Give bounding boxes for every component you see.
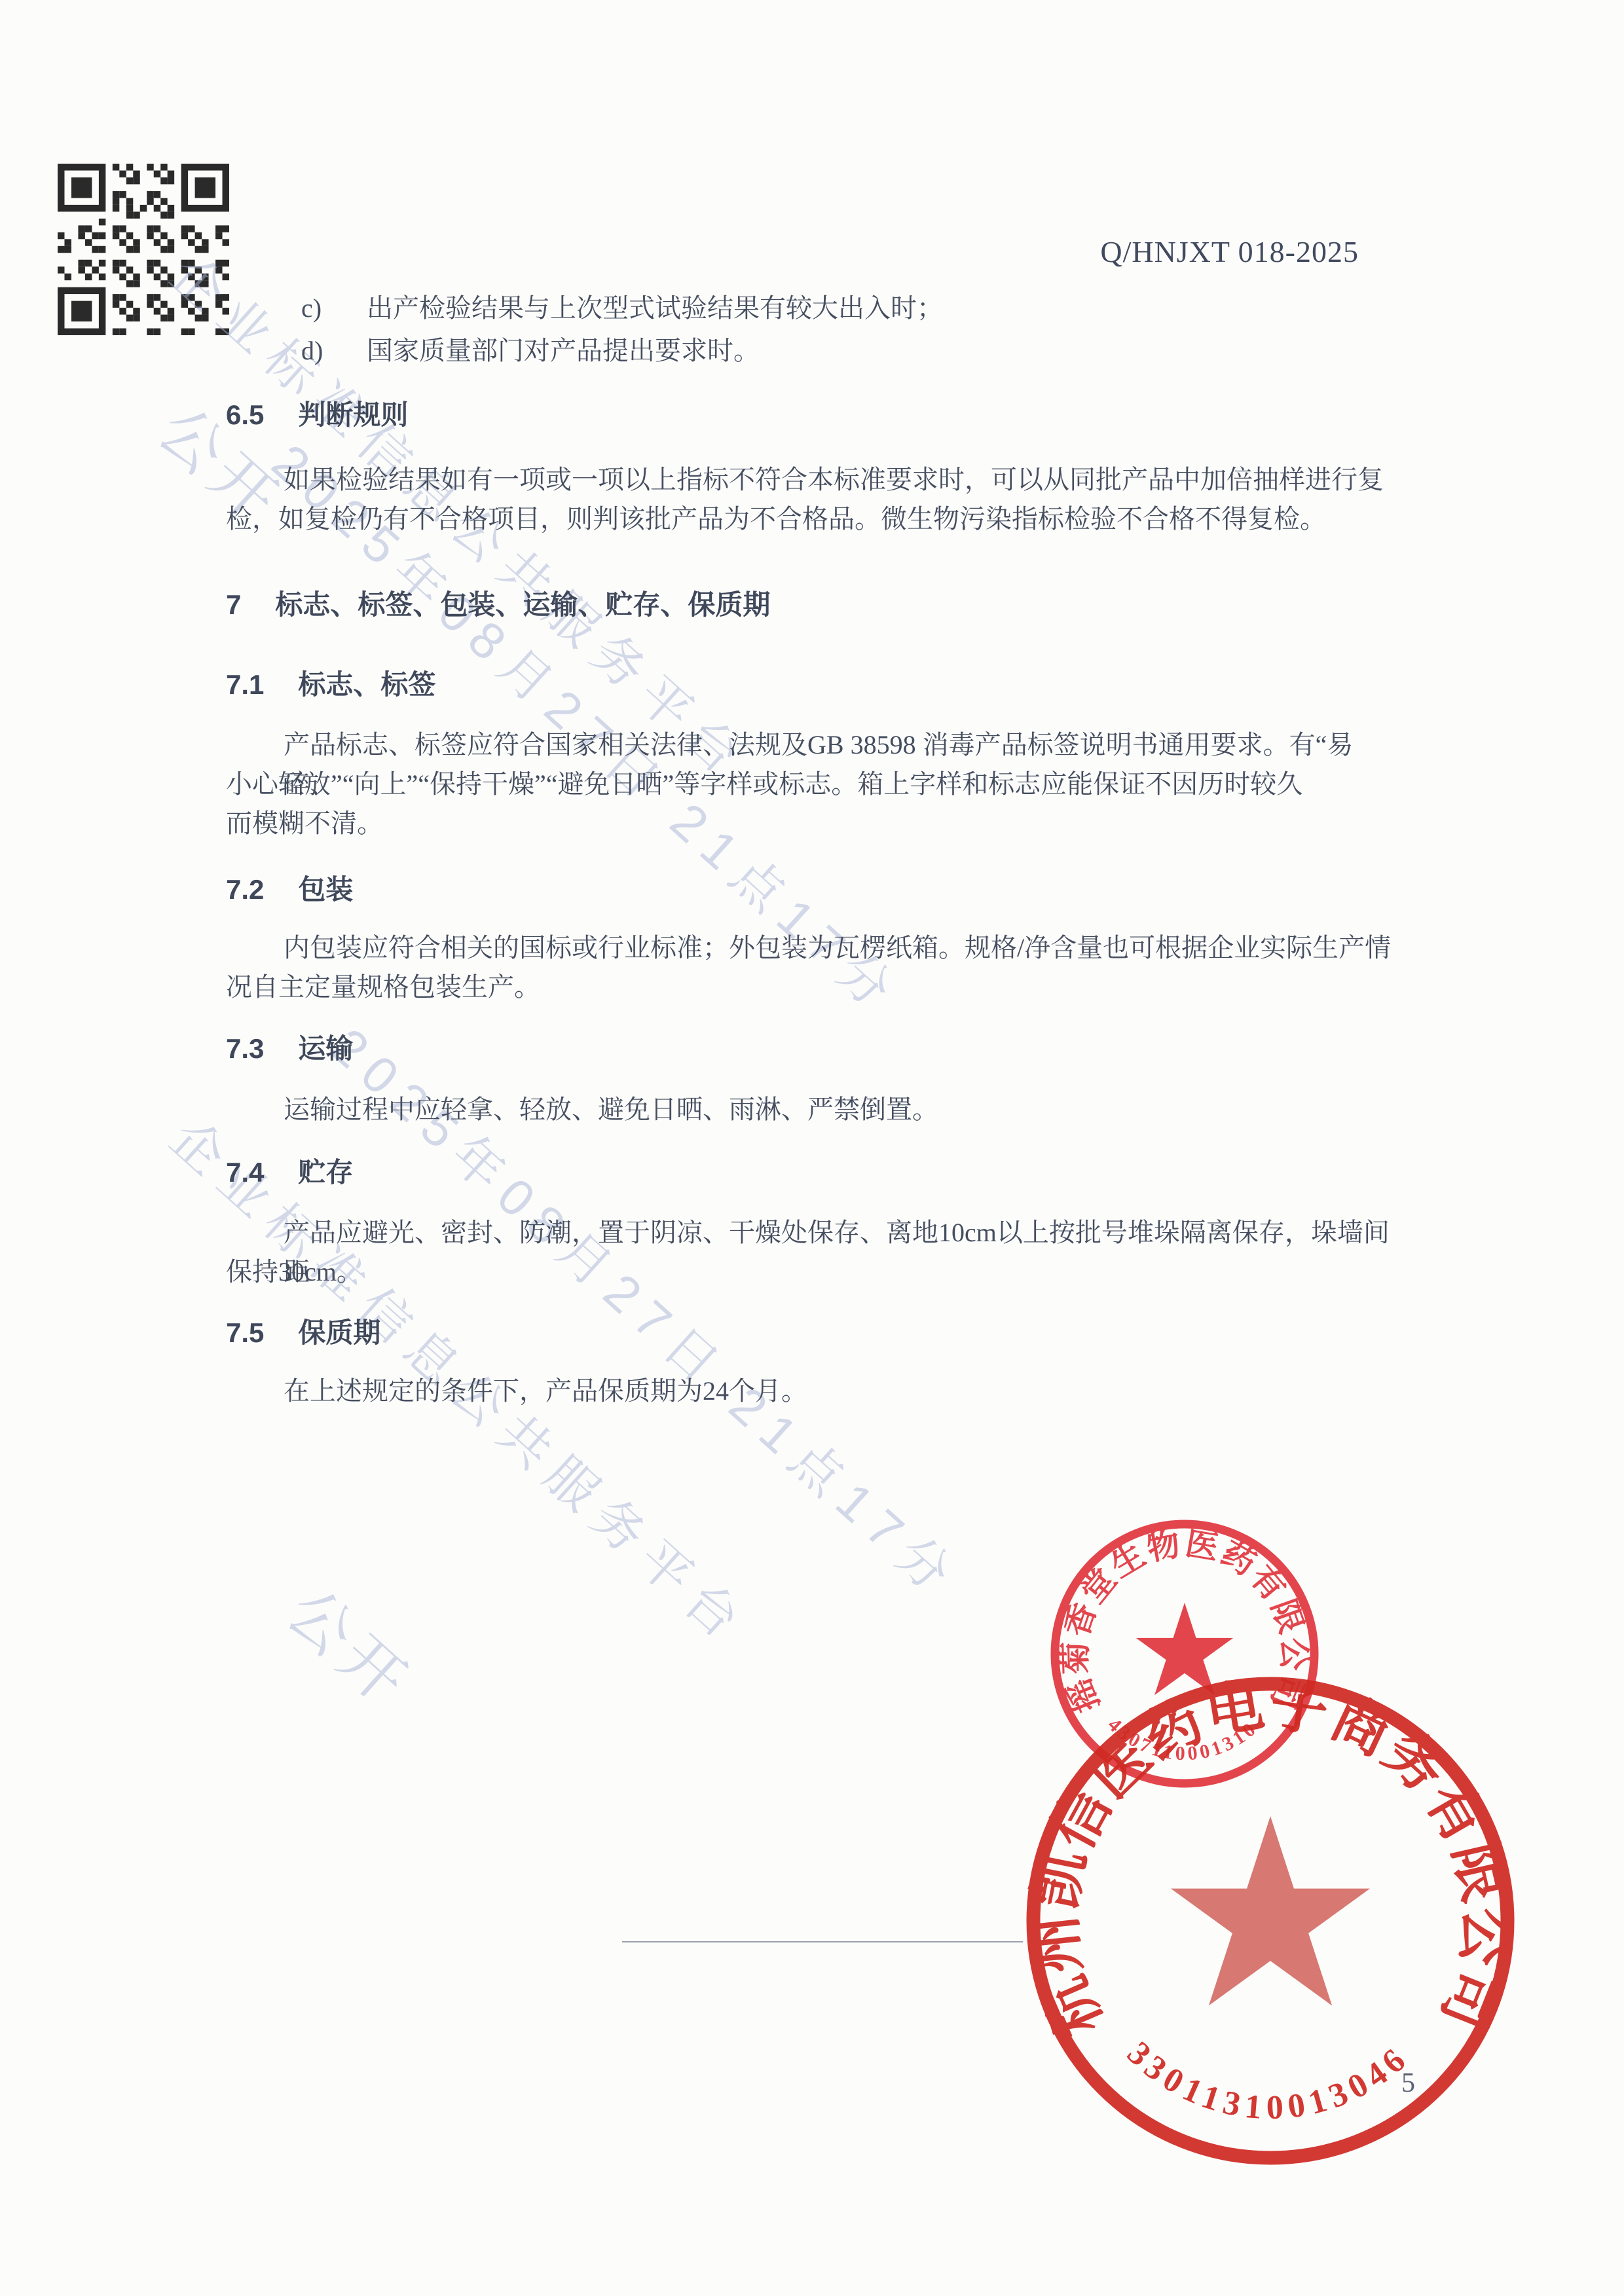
svg-text:摇菊香堂生物医药有限公司: 摇菊香堂生物医药有限公司 xyxy=(1056,1525,1312,1717)
list-marker: d) xyxy=(301,331,367,371)
watermark-public-badge: 公开 xyxy=(270,1565,434,1724)
seal-registration-code: 33011310013046 xyxy=(1120,2035,1416,2127)
heading-title: 标志、标签、包装、运输、贮存、保质期 xyxy=(275,585,770,625)
paragraph-line: 运输过程中应轻拿、轻放、避免日晒、雨淋、严禁倒置。 xyxy=(226,1090,1405,1129)
heading-title: 包装 xyxy=(298,869,353,910)
heading-number: 7 xyxy=(226,585,241,625)
seal-ring xyxy=(1033,1684,1507,2158)
heading-7: 7 标志、标签、包装、运输、贮存、保质期 xyxy=(226,585,1405,625)
heading-title: 运输 xyxy=(298,1029,353,1069)
heading-title: 判断规则 xyxy=(298,395,408,435)
footer-rule xyxy=(622,1941,1023,1942)
heading-number: 7.5 xyxy=(226,1313,264,1353)
page-number: 5 xyxy=(1401,2068,1415,2099)
paragraph-line: 产品标志、标签应符合国家相关法律、法规及GB 38598 消毒产品标签说明书通用… xyxy=(226,725,1405,765)
list-marker: c) xyxy=(301,288,367,329)
heading-title: 贮存 xyxy=(298,1152,353,1193)
heading-7-5: 7.5 保质期 xyxy=(226,1313,1405,1353)
heading-7-2: 7.2 包装 xyxy=(226,869,1405,910)
seal-ring xyxy=(1055,1524,1314,1783)
paragraph-line: 小心轻放”“向上”“保持干燥”“避免日晒”等字样或标志。箱上字样和标志应能保证不… xyxy=(226,765,1405,804)
paragraph-line: 产品应避光、密封、防潮，置于阴凉、干燥处保存、离地10cm以上按批号堆垛隔离保存… xyxy=(226,1213,1405,1252)
paragraph-line: 内包装应符合相关的国标或行业标准；外包装为瓦楞纸箱。规格/净含量也可根据企业实际… xyxy=(226,928,1405,968)
heading-number: 7.4 xyxy=(226,1152,264,1193)
paragraph-line: 检，如复检仍有不合格项目，则判该批产品为不合格品。微生物污染指标检验不合格不得复… xyxy=(226,500,1405,539)
seal-company-name: 摇菊香堂生物医药有限公司 xyxy=(1056,1525,1312,1717)
list-item-d: d) 国家质量部门对产品提出要求时。 xyxy=(226,331,1405,371)
seal-company-name: 杭州凯信医药电子商务有限公司 xyxy=(1023,1673,1517,2045)
document-body: c) 出产检验结果与上次型式试验结果有较大出入时； d) 国家质量部门对产品提出… xyxy=(226,288,1405,1411)
company-seal-lower: 杭州凯信医药电子商务有限公司 33011310013046 xyxy=(1008,1659,1532,2183)
heading-number: 7.1 xyxy=(226,665,264,705)
doc-number: Q/HNJXT 018-2025 xyxy=(1100,234,1359,269)
paragraph-line: 况自主定量规格包装生产。 xyxy=(226,968,1405,1007)
heading-number: 6.5 xyxy=(226,395,264,435)
heading-title: 标志、标签 xyxy=(298,665,435,705)
svg-text:4307110001310: 4307110001310 xyxy=(1103,1714,1262,1764)
paragraph-line: 在上述规定的条件下，产品保质期为24个月。 xyxy=(226,1372,1405,1411)
heading-number: 7.2 xyxy=(226,869,264,910)
document-page: Q/HNJXT 018-2025 企业标准信息公共服务平台 公开 2025年08… xyxy=(0,0,1624,2296)
company-seal-upper: 摇菊香堂生物医药有限公司 4307110001310 xyxy=(1041,1510,1329,1798)
svg-text:33011310013046: 33011310013046 xyxy=(1120,2035,1416,2127)
paragraph-line: 保持30cm。 xyxy=(226,1252,1405,1292)
paragraph-line: 如果检验结果如有一项或一项以上指标不符合本标准要求时，可以从同批产品中加倍抽样进… xyxy=(226,460,1405,500)
paragraph-line: 而模糊不清。 xyxy=(226,804,1405,843)
heading-title: 保质期 xyxy=(298,1313,380,1353)
seal-star-icon xyxy=(1136,1603,1233,1695)
qr-code xyxy=(58,164,229,335)
list-item-text: 出产检验结果与上次型式试验结果有较大出入时； xyxy=(367,288,943,329)
heading-7-4: 7.4 贮存 xyxy=(226,1152,1405,1193)
seal-star-icon xyxy=(1171,1816,1370,2005)
heading-number: 7.3 xyxy=(226,1029,264,1069)
heading-7-1: 7.1 标志、标签 xyxy=(226,665,1405,705)
list-item-text: 国家质量部门对产品提出要求时。 xyxy=(367,331,760,371)
seal-registration-code: 4307110001310 xyxy=(1103,1714,1262,1764)
svg-text:杭州凯信医药电子商务有限公司: 杭州凯信医药电子商务有限公司 xyxy=(1023,1673,1517,2045)
heading-6-5: 6.5 判断规则 xyxy=(226,395,1405,435)
list-item-c: c) 出产检验结果与上次型式试验结果有较大出入时； xyxy=(226,288,1405,329)
heading-7-3: 7.3 运输 xyxy=(226,1029,1405,1069)
